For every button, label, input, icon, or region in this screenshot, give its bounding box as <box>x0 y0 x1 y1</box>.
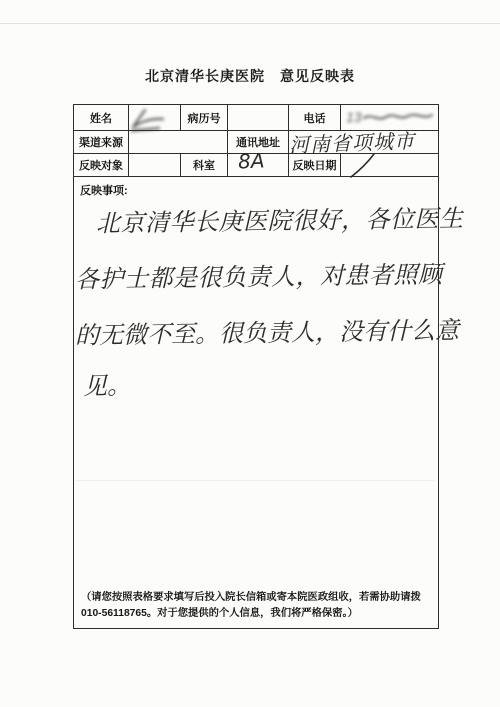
record-no-value-cell <box>228 105 289 131</box>
scanned-form-page: 北京清华长庚医院 意见反映表 姓名 病历号 电话 渠道来源 通讯地址 反映对象 … <box>0 0 500 707</box>
redacted-phone-scribble: 13 <box>344 106 436 130</box>
subject-value-cell <box>129 154 181 177</box>
subject-label: 反映对象 <box>74 154 129 177</box>
handwritten-department-value: 8A <box>237 148 265 173</box>
form-title: 北京清华长庚医院 意见反映表 <box>0 66 500 86</box>
footer-note-line1: （请您按照表格要求填写后投入院长信箱或寄本院医政组收，若需协助请拨 <box>81 592 421 603</box>
matters-label: 反映事项: <box>80 182 128 198</box>
handwritten-matters-line2: 各护士都是很负责人，对患者照顾 <box>75 254 443 294</box>
department-label: 科室 <box>181 154 228 177</box>
channel-label: 渠道来源 <box>74 131 129 154</box>
footer-note-line2: 010-56118765。对于您提供的个人信息，我们将严格保密。） <box>81 608 358 619</box>
handwritten-matters-line4: 见。 <box>83 366 131 402</box>
matters-box: 反映事项: （请您按照表格要求填写后投入院长信箱或寄本院医政组收，若需协助请拨 … <box>74 177 439 629</box>
redacted-name-scribble <box>129 105 179 135</box>
footer-note: （请您按照表格要求填写后投入院长信箱或寄本院医政组收，若需协助请拨 010-56… <box>81 590 433 623</box>
handwritten-matters-line1: 北京清华长庚医院很好，各位医生 <box>96 198 464 238</box>
name-label: 姓名 <box>74 105 129 131</box>
handwritten-matters-line3: 的无微不至。很负责人，没有什么意 <box>75 310 459 350</box>
scan-artifact-line-top <box>0 23 500 24</box>
record-no-label: 病历号 <box>181 105 228 131</box>
phone-partial-digits: 13 <box>346 109 362 125</box>
handwriting-overflow-stroke <box>348 152 378 180</box>
